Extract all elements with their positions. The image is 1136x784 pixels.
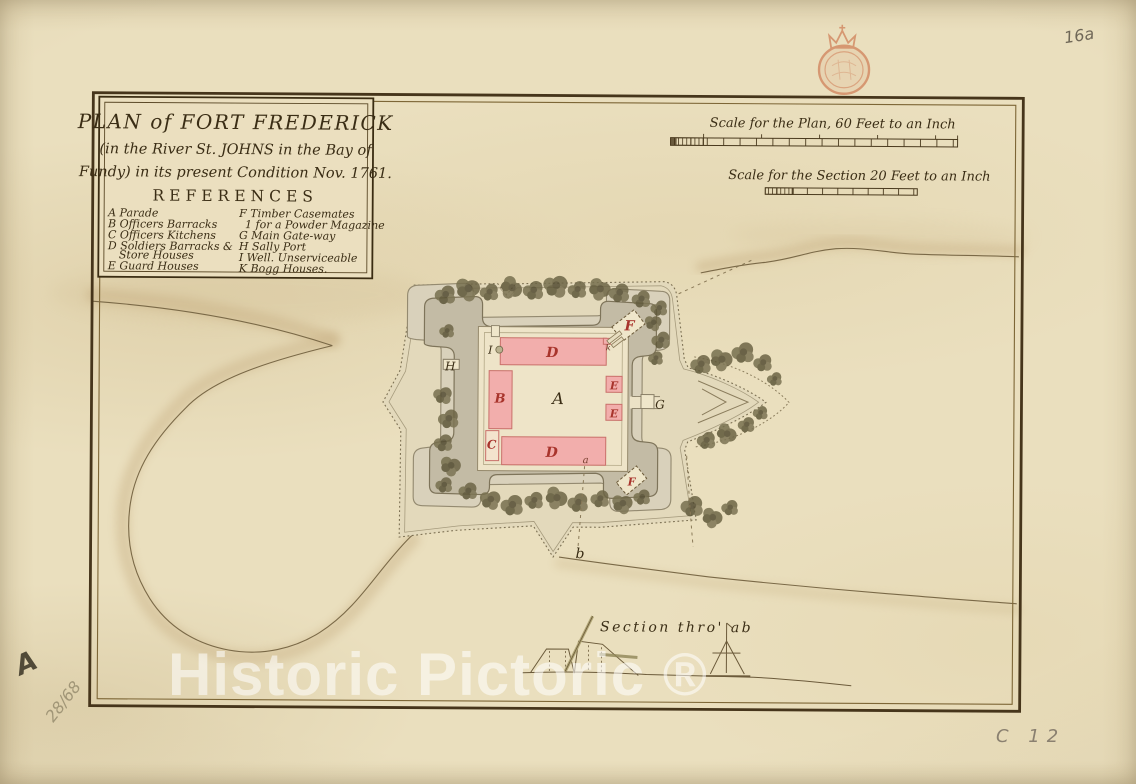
map-sheet: A B C D D E E F F G H I k a b PLAN of FO… xyxy=(48,20,1032,711)
marker-point-b: b xyxy=(576,546,585,562)
pencil-shelf-mark: C 12 xyxy=(996,726,1065,747)
marker-sally-port: H xyxy=(444,359,456,373)
map-title-line3: Fundy) in its present Condition Nov. 176… xyxy=(78,164,392,182)
map-title-line2: (in the River St. JOHNS in the Bay of xyxy=(99,141,374,159)
marker-gateway: G xyxy=(655,398,665,412)
marker-barracks-bottom: D xyxy=(545,445,559,461)
marker-barracks-top: D xyxy=(545,345,559,361)
section-scale-bar xyxy=(765,188,917,195)
red-crown-stamp xyxy=(819,25,869,94)
marker-officers-kitchens: C xyxy=(487,438,497,452)
section-label: Section thro' ab xyxy=(600,619,753,636)
marker-point-a: a xyxy=(583,455,589,466)
marker-casemate-top: F xyxy=(623,318,635,334)
marker-guard-bottom: E xyxy=(609,407,619,420)
references-heading: REFERENCES xyxy=(152,187,318,206)
plan-scale-bar xyxy=(671,134,958,147)
section-scale-label: Scale for the Section 20 Feet to an Inch xyxy=(728,168,990,185)
marker-officers-barracks: B xyxy=(493,392,505,407)
watermark: Historic Pictoric ® xyxy=(168,640,1008,709)
marker-guard-top: E xyxy=(609,379,619,392)
main-gateway-structure xyxy=(641,395,654,409)
north-wall-postern xyxy=(491,326,499,337)
well xyxy=(496,346,503,353)
title-cartouche: PLAN of FORT FREDERICK (in the River St.… xyxy=(76,97,394,279)
marker-well: I xyxy=(487,344,493,357)
marker-parade: A xyxy=(550,389,564,408)
plan-scale-label: Scale for the Plan, 60 Feet to an Inch xyxy=(710,116,956,133)
map-title-line1: PLAN of FORT FREDERICK xyxy=(77,109,394,135)
marker-bogg-house: k xyxy=(606,343,611,352)
reference-item: K Bogg Houses. xyxy=(238,262,328,276)
reference-item: E Guard Houses xyxy=(107,259,199,273)
marker-casemate-bottom: F xyxy=(627,475,637,488)
shoreline-south xyxy=(559,557,1017,604)
scale-bars: Scale for the Plan, 60 Feet to an Inch S… xyxy=(670,116,991,196)
